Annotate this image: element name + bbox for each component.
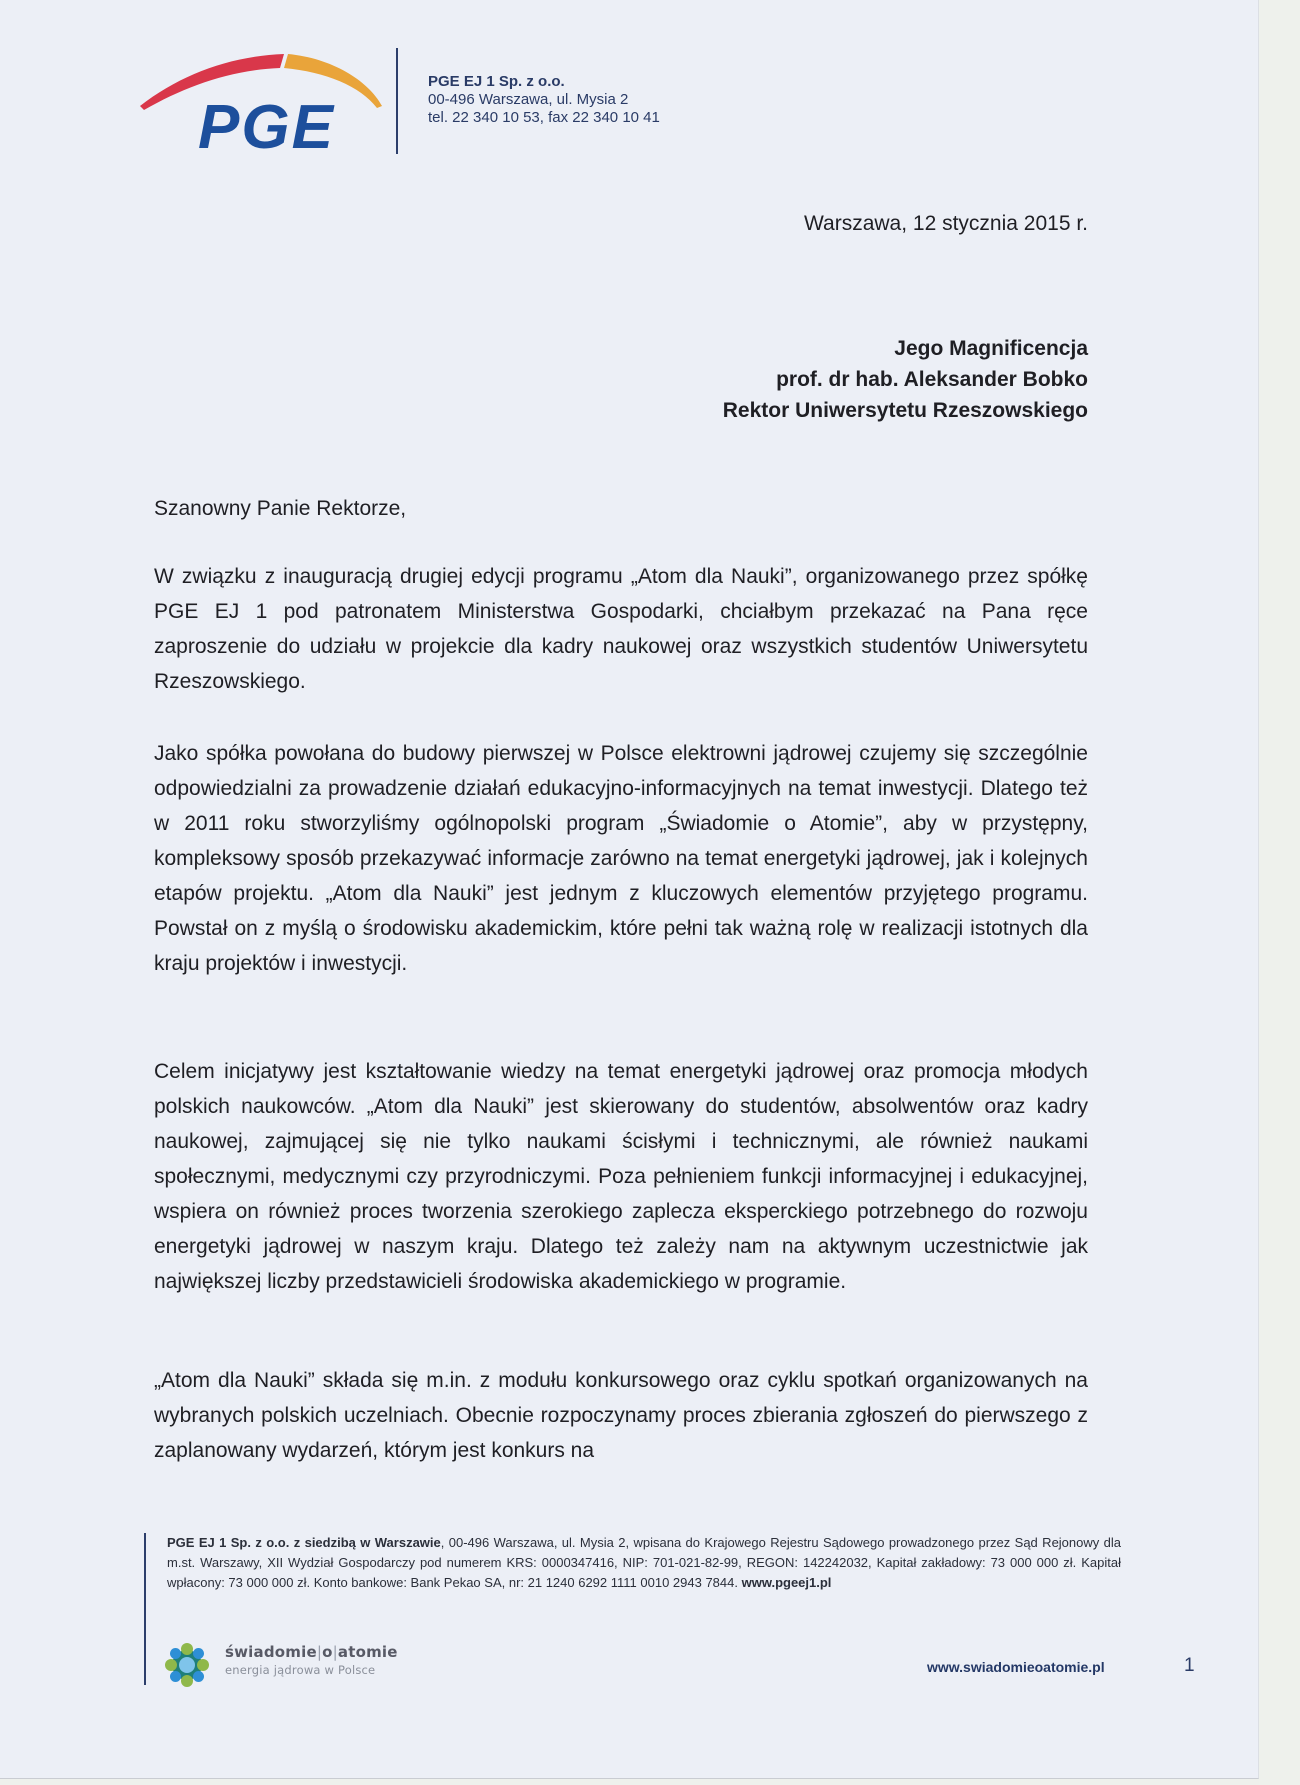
footer-legal-info: PGE EJ 1 Sp. z o.o. z siedzibą w Warszaw… [167, 1533, 1121, 1593]
footer-legal-company: PGE EJ 1 Sp. z o.o. z siedzibą w Warszaw… [167, 1535, 441, 1550]
footer-website-link[interactable]: www.swiadomieoatomie.pl [927, 1659, 1105, 1675]
atom-brand-title: świadomie|o|atomie [225, 1643, 398, 1661]
brand-part-atomie: atomie [338, 1643, 398, 1661]
atom-brand-subtitle: energia jądrowa w Polsce [225, 1663, 398, 1677]
footer-legal-url[interactable]: www.pgeej1.pl [742, 1575, 832, 1590]
header-divider [396, 48, 398, 154]
company-phone-fax: tel. 22 340 10 53, fax 22 340 10 41 [428, 109, 660, 127]
addressee-name: prof. dr hab. Aleksander Bobko [723, 364, 1088, 395]
paragraph-3: Celem inicjatywy jest kształtowanie wied… [154, 1054, 1088, 1299]
company-info: PGE EJ 1 Sp. z o.o. 00-496 Warszawa, ul.… [428, 73, 660, 127]
company-address: 00-496 Warszawa, ul. Mysia 2 [428, 91, 660, 109]
footer-divider [144, 1533, 146, 1685]
pge-logo: PGE [136, 44, 396, 156]
scan-margin [1259, 0, 1300, 1785]
brand-part-o: o [322, 1643, 333, 1661]
letter-date: Warszawa, 12 stycznia 2015 r. [804, 212, 1088, 236]
paragraph-4: „Atom dla Nauki” składa się m.in. z modu… [154, 1363, 1088, 1468]
atom-logo-icon [164, 1642, 210, 1688]
addressee-position: Rektor Uniwersytetu Rzeszowskiego [723, 395, 1088, 426]
addressee-block: Jego Magnificencja prof. dr hab. Aleksan… [723, 333, 1088, 426]
logo-text: PGE [198, 93, 335, 156]
addressee-title: Jego Magnificencja [723, 333, 1088, 364]
atom-brand: świadomie|o|atomie energia jądrowa w Pol… [225, 1643, 398, 1677]
paragraph-1: W związku z inauguracją drugiej edycji p… [154, 559, 1088, 699]
salutation: Szanowny Panie Rektorze, [154, 497, 406, 521]
paragraph-2: Jako spółka powołana do budowy pierwszej… [154, 736, 1088, 981]
brand-part-swiadomie: świadomie [225, 1643, 317, 1661]
company-name: PGE EJ 1 Sp. z o.o. [428, 73, 660, 91]
page-number: 1 [1184, 1655, 1195, 1677]
